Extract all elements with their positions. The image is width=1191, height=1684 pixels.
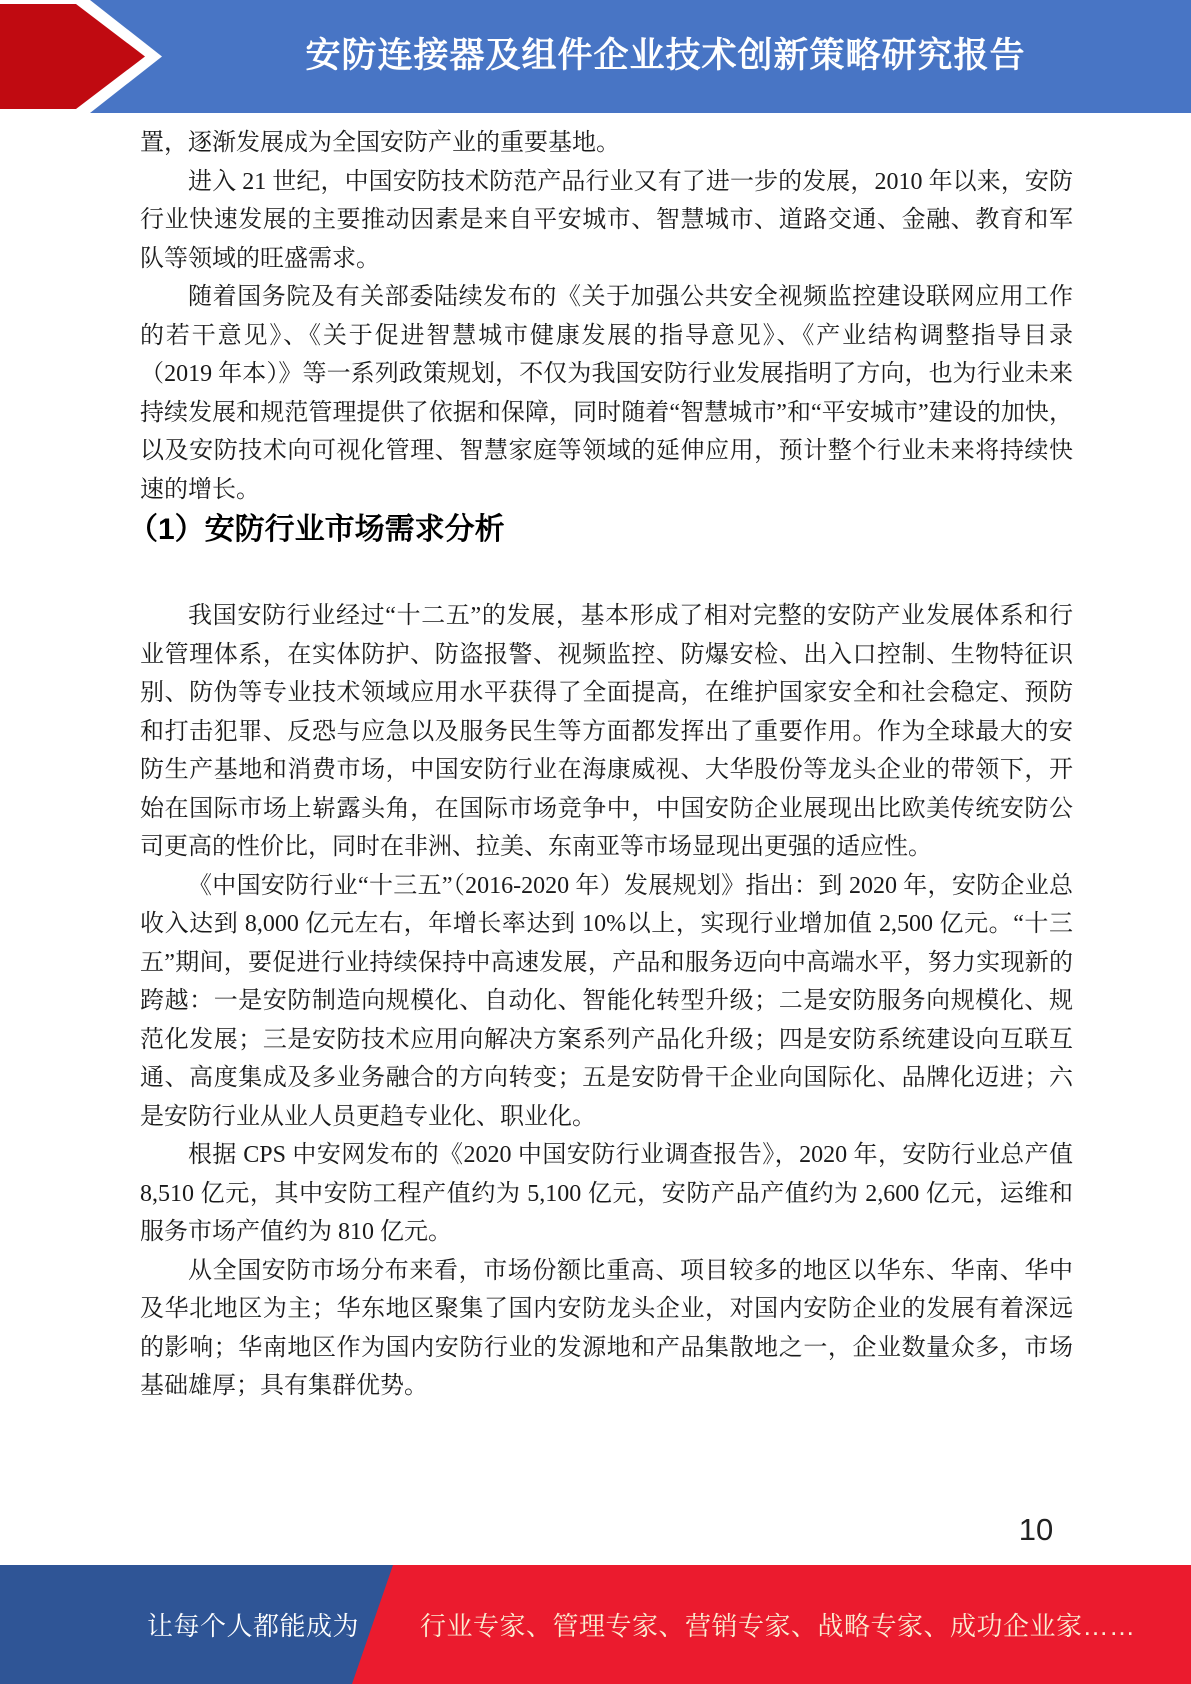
document-body: 置，逐渐发展成为全国安防产业的重要基地。 进入 21 世纪，中国安防技术防范产品… bbox=[140, 0, 1073, 1406]
footer-bar: 让每个人都能成为 行业专家、管理专家、营销专家、战略专家、成功企业家…… bbox=[0, 1565, 1191, 1684]
body-paragraph: 随着国务院及有关部委陆续发布的《关于加强公共安全视频监控建设联网应用工作的若干意… bbox=[140, 278, 1073, 509]
body-paragraph: 置，逐渐发展成为全国安防产业的重要基地。 bbox=[140, 124, 1073, 163]
body-paragraph: 我国安防行业经过“十二五”的发展，基本形成了相对完整的安防产业发展体系和行业管理… bbox=[140, 597, 1073, 867]
body-paragraph: 《中国安防行业“十三五”（2016-2020 年）发展规划》指出：到 2020 … bbox=[140, 867, 1073, 1137]
body-paragraph: 从全国安防市场分布来看，市场份额比重高、项目较多的地区以华东、华南、华中及华北地… bbox=[140, 1252, 1073, 1406]
body-paragraph: 进入 21 世纪，中国安防技术防范产品行业又有了进一步的发展，2010 年以来，… bbox=[140, 163, 1073, 279]
page-number: 10 bbox=[1004, 1512, 1068, 1548]
body-paragraph: 根据 CPS 中安网发布的《2020 中国安防行业调查报告》，2020 年，安防… bbox=[140, 1136, 1073, 1252]
footer-slogan-left: 让每个人都能成为 bbox=[147, 1565, 359, 1684]
footer-slogan-right: 行业专家、管理专家、营销专家、战略专家、成功企业家…… bbox=[420, 1565, 1136, 1684]
document-page: 安防连接器及组件企业技术创新策略研究报告 置，逐渐发展成为全国安防产业的重要基地… bbox=[0, 0, 1191, 1684]
section-heading: （1）安防行业市场需求分析 bbox=[128, 509, 1073, 551]
